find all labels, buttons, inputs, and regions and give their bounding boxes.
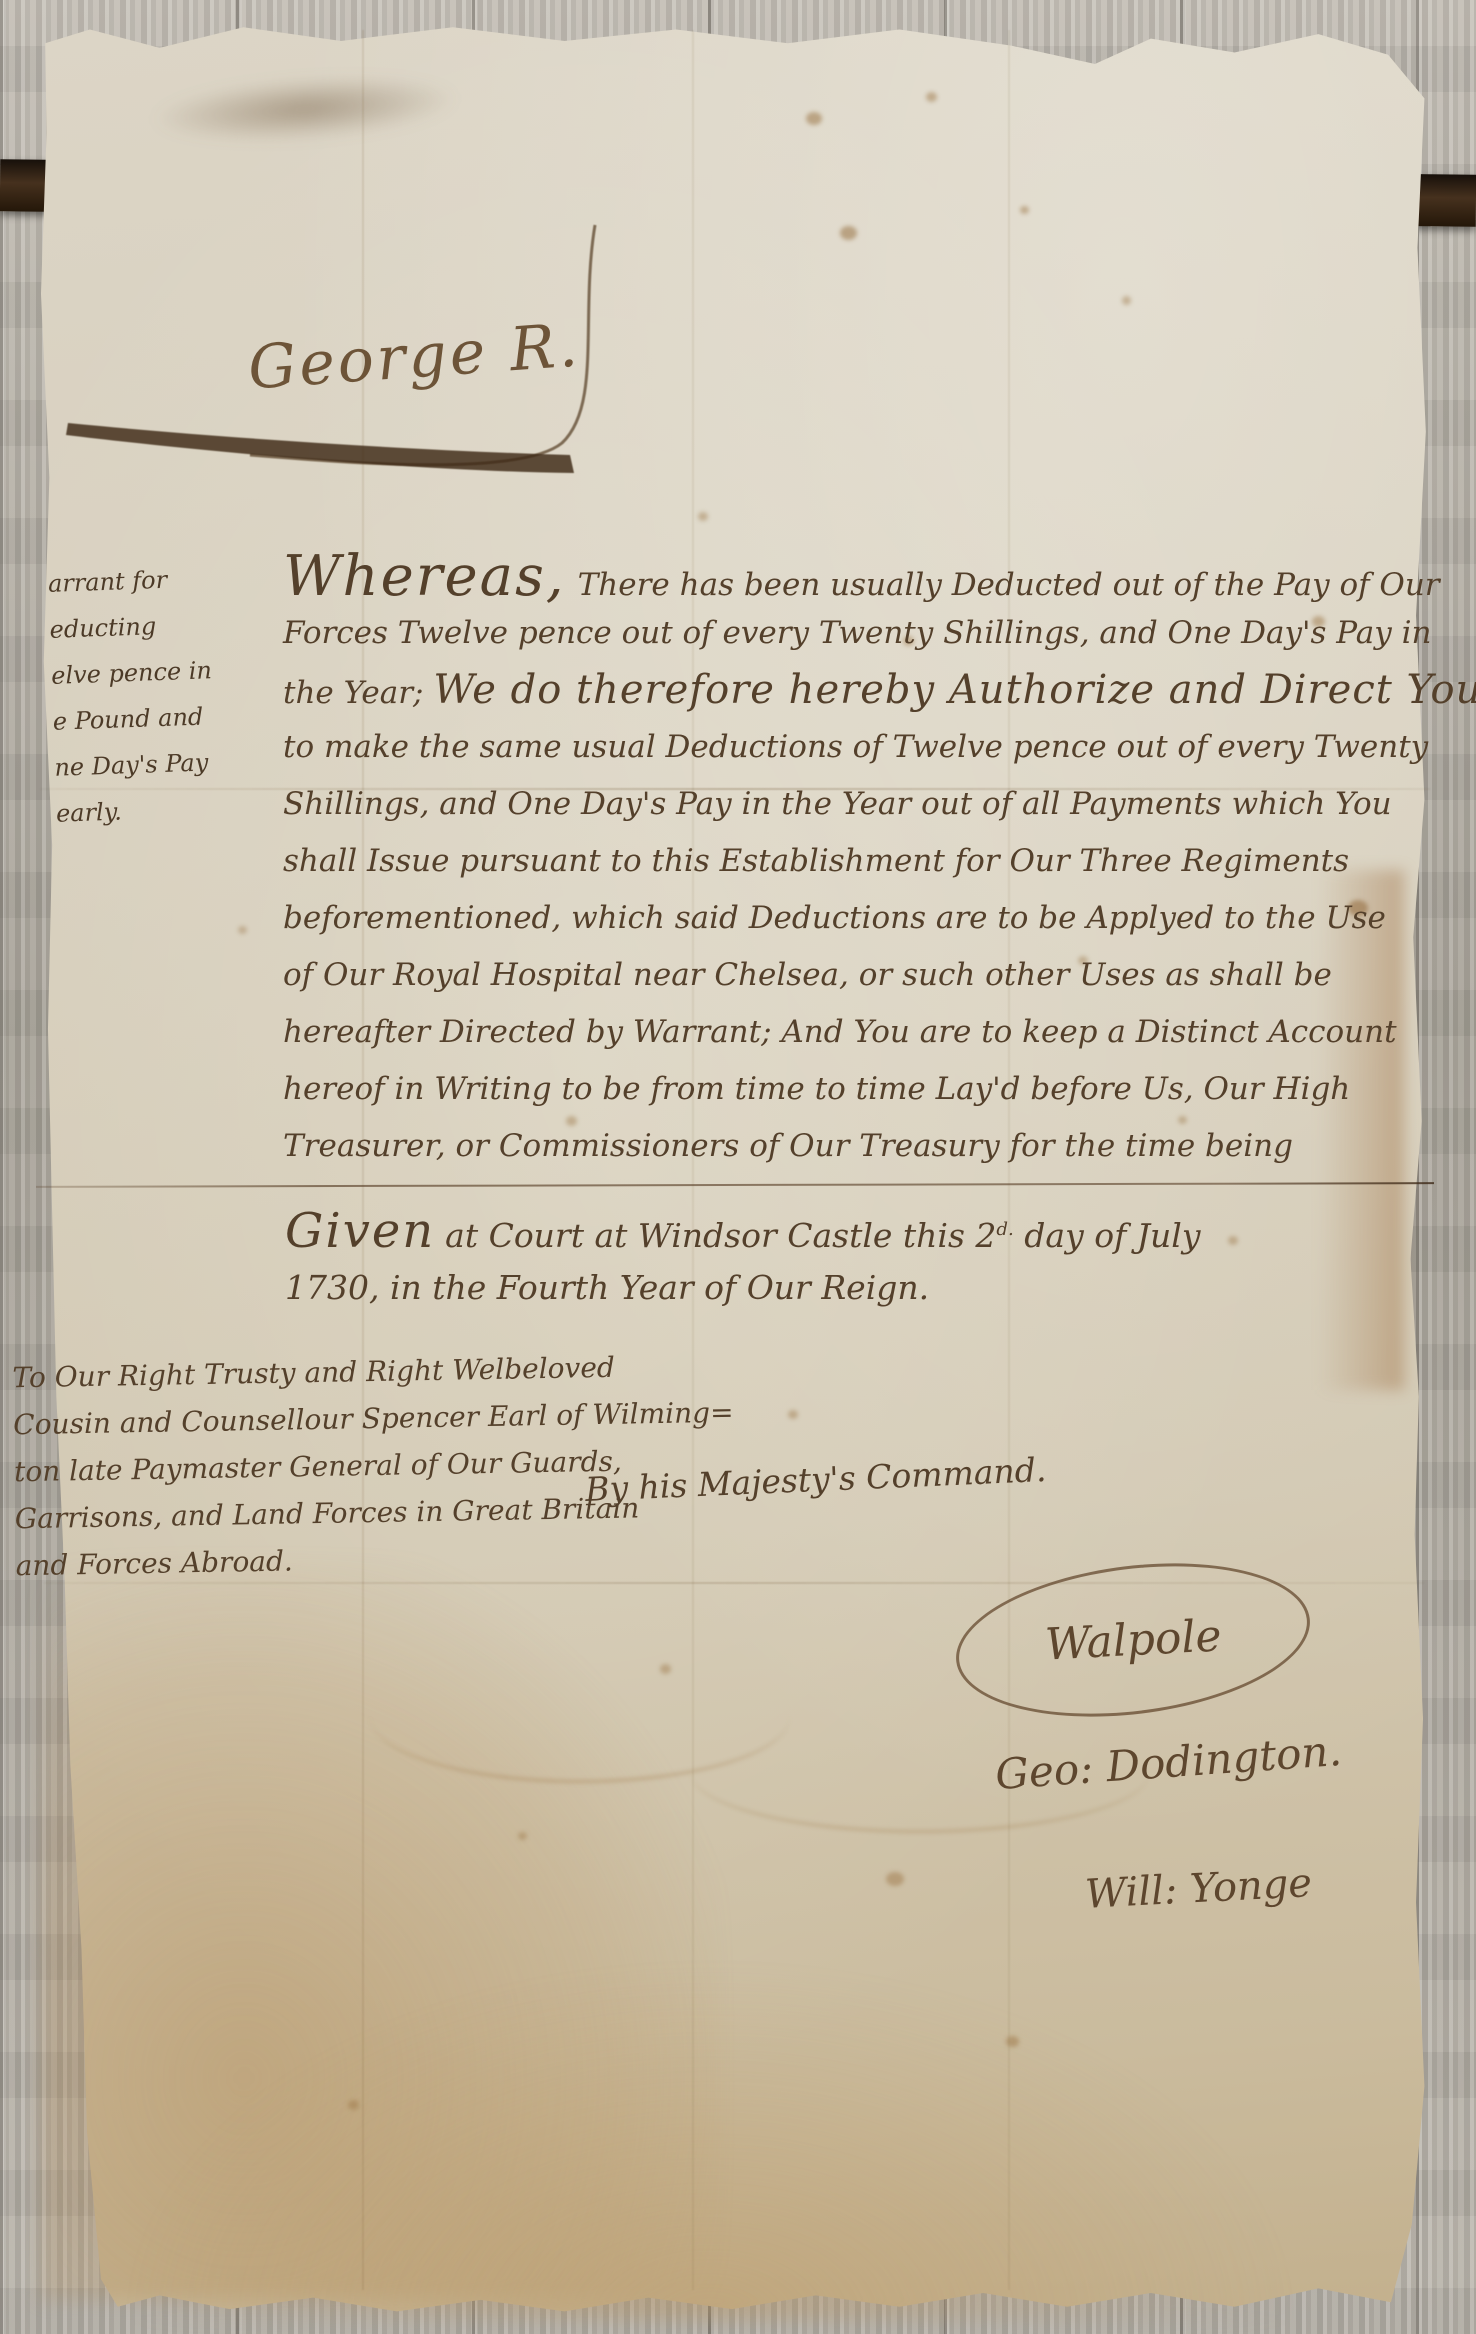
given-word: Given bbox=[285, 1203, 435, 1259]
dateline-text: day of July bbox=[1014, 1216, 1201, 1255]
margin-note-line: educting bbox=[49, 601, 211, 653]
photograph-of-manuscript: George R. arrant for educting elve pence… bbox=[0, 0, 1476, 2334]
address-block: To Our Right Trusty and Right Welbeloved… bbox=[12, 1342, 736, 1590]
body-line: Forces Twelve pence out of every Twenty … bbox=[283, 605, 1401, 662]
dateline-year: 1730, in the Fourth Year of Our Reign. bbox=[285, 1268, 929, 1307]
body-line: hereafter Directed by Warrant; And You a… bbox=[283, 1004, 1401, 1061]
margin-note-line: e Pound and bbox=[52, 693, 214, 745]
margin-note-line: elve pence in bbox=[50, 647, 212, 699]
body-line: shall Issue pursuant to this Establishme… bbox=[283, 833, 1401, 890]
margin-note-line: early. bbox=[55, 785, 217, 837]
margin-docket-note: arrant for educting elve pence in e Poun… bbox=[47, 555, 217, 836]
signature-walpole: Walpole bbox=[1044, 1610, 1223, 1670]
body-line-text: the Year; bbox=[283, 675, 433, 711]
body-line: beforementioned, which said Deductions a… bbox=[283, 890, 1401, 947]
body-line: Treasurer, or Commissioners of Our Treas… bbox=[283, 1118, 1401, 1175]
body-line: Shillings, and One Day's Pay in the Year… bbox=[283, 776, 1401, 833]
warrant-body-text: Whereas,There has been usually Deducted … bbox=[283, 548, 1401, 1175]
margin-note-line: ne Day's Pay bbox=[54, 739, 216, 791]
margin-note-line: arrant for bbox=[47, 555, 209, 607]
body-line: Whereas,There has been usually Deducted … bbox=[283, 548, 1401, 605]
body-line: of Our Royal Hospital near Chelsea, or s… bbox=[283, 947, 1401, 1004]
body-line: the Year; We do therefore hereby Authori… bbox=[283, 662, 1401, 719]
emphasized-clause: We do therefore hereby Authorize and Dir… bbox=[433, 667, 1476, 713]
dateline: Givenat Court at Windsor Castle this 2d.… bbox=[285, 1203, 1201, 1259]
opening-word: Whereas, bbox=[283, 544, 566, 609]
body-line: to make the same usual Deductions of Twe… bbox=[283, 719, 1401, 776]
body-line-text: There has been usually Deducted out of t… bbox=[578, 567, 1440, 603]
body-line: hereof in Writing to be from time to tim… bbox=[283, 1061, 1401, 1118]
dateline-text: at Court at Windsor Castle this 2 bbox=[445, 1216, 996, 1255]
day-ordinal-superscript: d. bbox=[996, 1219, 1013, 1240]
